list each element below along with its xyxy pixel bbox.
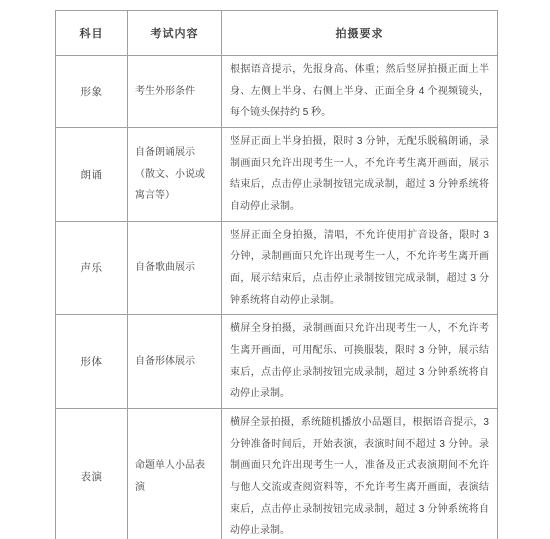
table-row: 表演 命题单人小品表演 横屏全景拍摄，系统随机播放小品题目，根据语音提示，3 分… — [56, 409, 498, 539]
requirement-cell: 横屏全身拍摄，录制画面只允许出现考生一人，不允许考生离开画面，可用配乐、可换服装… — [222, 315, 498, 409]
table-header-row: 科目 考试内容 拍摄要求 — [56, 11, 498, 56]
requirement-cell: 竖屏正面全身拍摄，清唱，不允许使用扩音设备，限时 3 分钟，录制画面只允许出现考… — [222, 221, 498, 314]
content-cell: 命题单人小品表演 — [128, 409, 222, 539]
content-cell: 自备歌曲展示 — [128, 221, 222, 314]
table-row: 形象 考生外形条件 根据语音提示，先报身高、体重；然后竖屏拍摄正面上半身、左侧上… — [56, 56, 498, 128]
requirement-cell: 横屏全景拍摄，系统随机播放小品题目，根据语音提示，3 分钟准备时间后，开始表演，… — [222, 409, 498, 539]
requirement-cell: 根据语音提示，先报身高、体重；然后竖屏拍摄正面上半身、左侧上半身、右侧上半身、正… — [222, 56, 498, 128]
exam-requirements-table: 科目 考试内容 拍摄要求 形象 考生外形条件 根据语音提示，先报身高、体重；然后… — [55, 10, 498, 539]
subject-cell: 表演 — [56, 409, 128, 539]
document-page: 科目 考试内容 拍摄要求 形象 考生外形条件 根据语音提示，先报身高、体重；然后… — [0, 0, 550, 539]
content-cell: 自备形体展示 — [128, 315, 222, 409]
header-cell-subject: 科目 — [56, 11, 128, 56]
content-cell: 考生外形条件 — [128, 56, 222, 128]
subject-cell: 朗诵 — [56, 127, 128, 221]
header-cell-content: 考试内容 — [128, 11, 222, 56]
subject-cell: 形象 — [56, 56, 128, 128]
table-row: 声乐 自备歌曲展示 竖屏正面全身拍摄，清唱，不允许使用扩音设备，限时 3 分钟，… — [56, 221, 498, 314]
header-cell-requirement: 拍摄要求 — [222, 11, 498, 56]
subject-cell: 形体 — [56, 315, 128, 409]
content-cell: 自备朗诵展示（散文、小说或寓言等） — [128, 127, 222, 221]
requirement-cell: 竖屏正面上半身拍摄，限时 3 分钟，无配乐脱稿朗诵，录制画面只允许出现考生一人，… — [222, 127, 498, 221]
subject-cell: 声乐 — [56, 221, 128, 314]
table-row: 形体 自备形体展示 横屏全身拍摄，录制画面只允许出现考生一人，不允许考生离开画面… — [56, 315, 498, 409]
table-row: 朗诵 自备朗诵展示（散文、小说或寓言等） 竖屏正面上半身拍摄，限时 3 分钟，无… — [56, 127, 498, 221]
